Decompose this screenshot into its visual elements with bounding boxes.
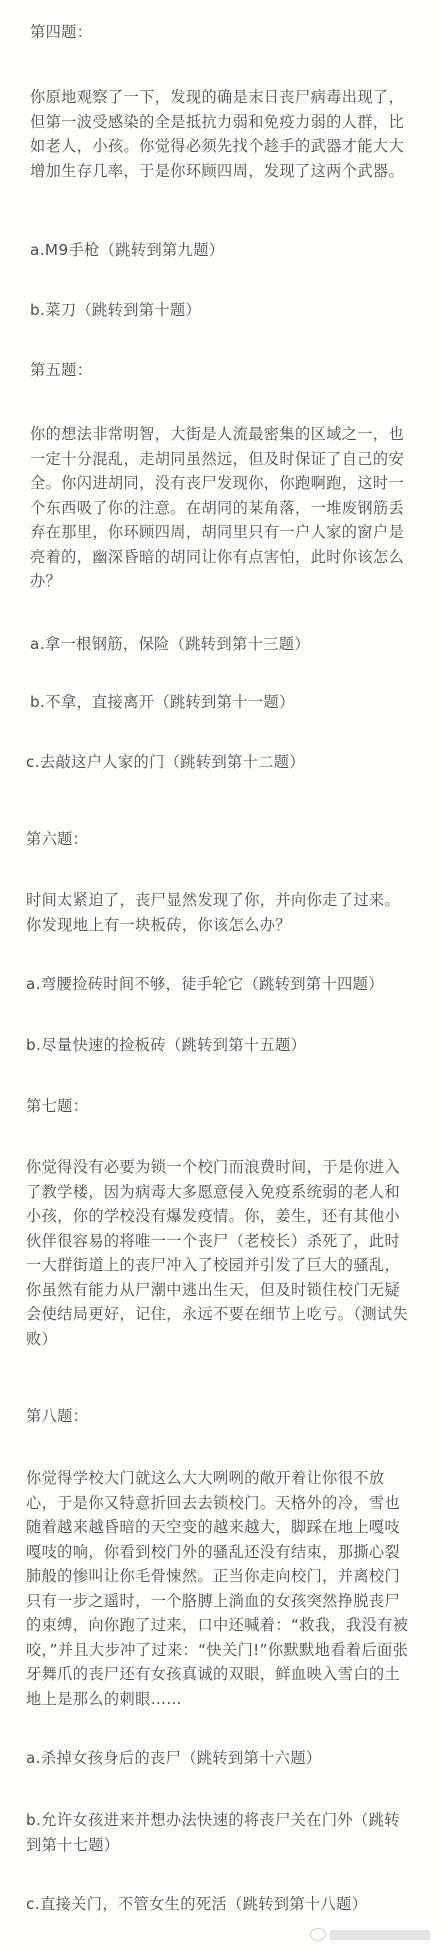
question-8-option-c[interactable]: c.直接关门，不管女生的死活（跳转到第十八题）	[26, 1892, 410, 1917]
question-4-option-b[interactable]: b.菜刀（跳转到第十题）	[30, 298, 410, 323]
question-5-option-c[interactable]: c.去敲这户人家的门（跳转到第十二题）	[26, 750, 410, 775]
weibo-icon	[310, 1928, 326, 1941]
quiz-document: 第四题： 你原地观察了一下，发现的确是末日丧尸病毒出现了，但第一波受感染的全是抵…	[0, 0, 440, 1947]
question-8-heading: 第八题：	[26, 1404, 410, 1429]
question-6-option-a[interactable]: a.弯腰捡砖时间不够，徒手轮它（跳转到第十四题）	[26, 972, 410, 997]
watermark-text	[330, 1930, 430, 1940]
question-5-heading: 第五题：	[30, 358, 410, 383]
question-5-option-b[interactable]: b.不拿，直接离开（跳转到第十一题）	[30, 690, 410, 715]
question-6-heading: 第六题：	[26, 827, 410, 852]
question-5-option-a[interactable]: a.拿一根钢筋，保险（跳转到第十三题）	[30, 632, 410, 657]
question-6-body: 时间太紧迫了，丧尸显然发现了你，并向你走了过来。你发现地上有一块板砖，你该怎么办…	[26, 888, 410, 937]
question-8-option-a[interactable]: a.杀掉女孩身后的丧尸（跳转到第十六题）	[26, 1746, 410, 1771]
question-4-body: 你原地观察了一下，发现的确是末日丧尸病毒出现了，但第一波受感染的全是抵抗力弱和免…	[30, 85, 410, 183]
question-7-body: 你觉得没有必要为锁一个校门而浪费时间，于是你进入了教学楼，因为病毒大多愿意侵入免…	[26, 1155, 410, 1351]
question-4-heading: 第四题：	[30, 20, 410, 45]
question-5-body: 你的想法非常明智，大街是人流最密集的区域之一，也一定十分混乱，走胡同虽然远，但及…	[30, 422, 410, 594]
question-8-option-b[interactable]: b.允许女孩进来并想办法快速的将丧尸关在门外（跳转到第十七题）	[26, 1808, 410, 1857]
question-8-body: 你觉得学校大门就这么大大咧咧的敞开着让你很不放心，于是你又特意折回去去锁校门。天…	[26, 1466, 410, 1711]
weibo-watermark	[310, 1928, 430, 1941]
question-7-heading: 第七题：	[26, 1094, 410, 1119]
question-4-option-a[interactable]: a.M9手枪（跳转到第九题）	[30, 238, 410, 263]
question-6-option-b[interactable]: b.尽量快速的捡板砖（跳转到第十五题）	[26, 1033, 410, 1058]
